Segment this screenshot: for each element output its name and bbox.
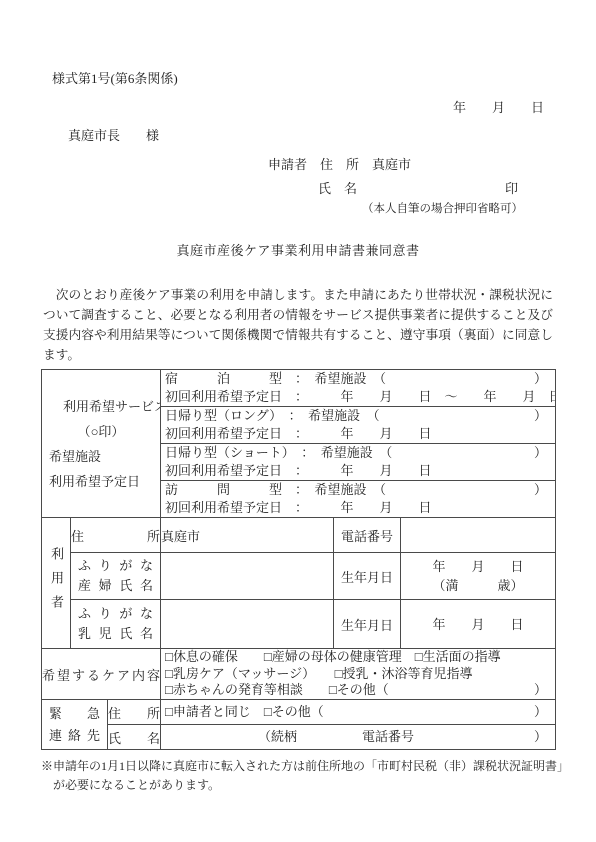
infant-dob-label: 生年月日 bbox=[334, 600, 401, 649]
intro-line: 次のとおり産後ケア事業の利用を申請します。また申請にあたり世帯状況・課税状況に bbox=[43, 285, 553, 305]
service-date-line: 初回利用希望予定日 ： 年 月 日 bbox=[161, 499, 555, 517]
form-number: 様式第1号(第6条関係) bbox=[52, 72, 596, 86]
service-type-line: 訪 問 型 ： 希望施設 （ ） bbox=[161, 481, 555, 499]
service-type-line: 日帰り型（ショート） ： 希望施設 （ ） bbox=[161, 444, 555, 462]
user-address-row: 利用者 住 所 真庭市 電話番号 bbox=[42, 518, 556, 553]
care-option-line: □休息の確保 □産婦の母体の健康管理 □生活面の指導 bbox=[161, 649, 555, 666]
address-label: 住 所 bbox=[71, 518, 161, 553]
care-option-line: □赤ちゃんの発育等相談 □その他（ ） bbox=[161, 682, 555, 699]
care-options: □休息の確保 □産婦の母体の健康管理 □生活面の指導 □乳房ケア（マッサージ） … bbox=[161, 649, 556, 700]
date-line: 年 月 日 bbox=[0, 101, 596, 115]
service-type-line: 日帰り型（ロング） ： 希望施設 （ ） bbox=[161, 407, 555, 425]
service-type-line: 宿 泊 型 ： 希望施設 （ ） bbox=[161, 370, 555, 388]
mother-dob-label: 生年月日 bbox=[334, 553, 401, 600]
service-date-line: 初回利用希望予定日 ： 年 月 日 bbox=[161, 425, 555, 443]
footnote-line: が必要になることがあります。 bbox=[41, 776, 566, 795]
seal-label: 印 bbox=[505, 182, 518, 196]
name-label: 氏 名 bbox=[318, 182, 357, 196]
intro-paragraph: 次のとおり産後ケア事業の利用を申請します。また申請にあたり世帯状況・課税状況に … bbox=[43, 285, 553, 365]
emergency-name-value: （続柄 電話番号 ） bbox=[161, 725, 556, 750]
infant-dob-value: 年 月 日 bbox=[401, 600, 556, 649]
mother-name-row: ふ り が な 産 婦 氏 名 生年月日 年 月 日 （満 歳） bbox=[42, 553, 556, 600]
service-date-line: 初回利用希望予定日 ： 年 月 日 ～ 年 月 日 bbox=[161, 388, 555, 406]
service-date-line: 初回利用希望予定日 ： 年 月 日 bbox=[161, 462, 555, 480]
applicant-name-line: 氏 名 印 bbox=[318, 182, 518, 196]
emergency-name-row: 氏 名 （続柄 電話番号 ） bbox=[42, 725, 556, 750]
service-section-header: 利用希望サービス （○印） 希望施設 利用希望予定日 bbox=[42, 370, 161, 518]
emergency-name-label: 氏 名 bbox=[108, 725, 161, 750]
application-table: 利用希望サービス （○印） 希望施設 利用希望予定日 宿 泊 型 ： 希望施設 … bbox=[41, 369, 556, 750]
emergency-address-label: 住 所 bbox=[108, 700, 161, 725]
care-option-line: □乳房ケア（マッサージ） □授乳・沐浴等育児指導 bbox=[161, 666, 555, 683]
emergency-address-row: 緊 急 連 絡 先 住 所 □申請者と同じ □その他（ ） bbox=[42, 700, 556, 725]
mother-name-value bbox=[161, 553, 334, 600]
infant-name-row: ふ り が な 乳 児 氏 名 生年月日 年 月 日 bbox=[42, 600, 556, 649]
phone-label: 電話番号 bbox=[334, 518, 401, 553]
emergency-address-value: □申請者と同じ □その他（ ） bbox=[161, 700, 556, 725]
phone-value bbox=[401, 518, 556, 553]
footnote: ※申請年の1月1日以降に真庭市に転入された方は前住所地の「市町村民税（非）課税状… bbox=[41, 757, 566, 795]
document-title: 真庭市産後ケア事業利用申請書兼同意書 bbox=[0, 243, 596, 258]
intro-line: 支援内容や利用結果等について関係機関で情報共有すること、遵守事項（裏面）に同意し bbox=[43, 325, 553, 345]
intro-line: ます。 bbox=[43, 345, 553, 365]
infant-name-label: ふ り が な 乳 児 氏 名 bbox=[71, 600, 161, 649]
mother-name-label: ふ り が な 産 婦 氏 名 bbox=[71, 553, 161, 600]
addressee: 真庭市長 様 bbox=[68, 129, 596, 143]
emergency-group-label: 緊 急 連 絡 先 bbox=[42, 700, 108, 750]
applicant-address-line: 申請者 住 所 真庭市 bbox=[268, 158, 596, 172]
care-label: 希望するケア内容 bbox=[42, 649, 161, 700]
form-page: 様式第1号(第6条関係) 年 月 日 真庭市長 様 申請者 住 所 真庭市 氏 … bbox=[0, 0, 596, 842]
footnote-line: ※申請年の1月1日以降に真庭市に転入された方は前住所地の「市町村民税（非）課税状… bbox=[41, 757, 566, 776]
mother-dob-value: 年 月 日 （満 歳） bbox=[401, 553, 556, 600]
infant-name-value bbox=[161, 600, 334, 649]
care-content-row: 希望するケア内容 □休息の確保 □産婦の母体の健康管理 □生活面の指導 □乳房ケ… bbox=[42, 649, 556, 700]
intro-line: ついて調査すること、必要となる利用者の情報をサービス提供事業者に提供すること及び bbox=[43, 305, 553, 325]
service-row-stay: 利用希望サービス （○印） 希望施設 利用希望予定日 宿 泊 型 ： 希望施設 … bbox=[42, 370, 556, 407]
seal-note: （本人自筆の場合押印省略可） bbox=[362, 203, 596, 216]
user-group-label: 利用者 bbox=[42, 518, 71, 649]
address-value: 真庭市 bbox=[161, 518, 334, 553]
